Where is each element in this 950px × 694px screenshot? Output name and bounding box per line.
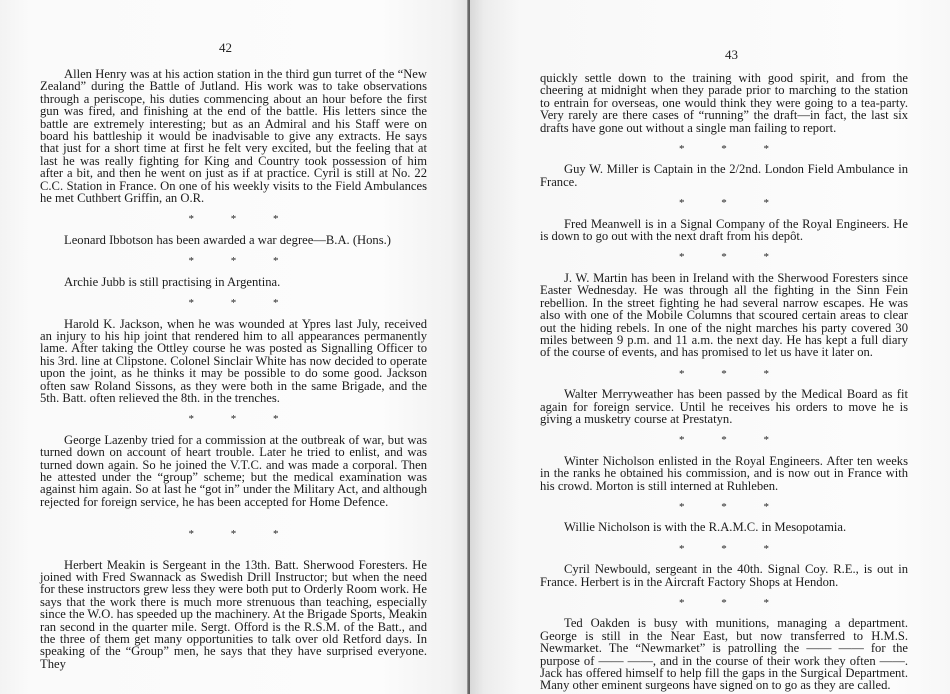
separator-stars: * * * [540, 434, 908, 446]
paragraph-harold-jackson: Harold K. Jackson, when he was wounded a… [40, 318, 427, 405]
left-page: 42 Allen Henry was at his action station… [0, 0, 470, 694]
page-number-right: 43 [725, 47, 738, 63]
separator-stars: * * * [40, 528, 427, 540]
right-page: 43 quickly settle down to the training w… [470, 0, 950, 694]
left-page-text: Allen Henry was at his action station in… [40, 68, 427, 670]
paragraph-leonard-ibbotson: Leonard Ibbotson has been awarded a war … [40, 234, 427, 246]
separator-stars: * * * [540, 368, 908, 380]
right-page-text: quickly settle down to the training with… [540, 72, 908, 692]
paragraph-walter-merryweather: Walter Merryweather has been passed by t… [540, 388, 908, 425]
page-number-left: 42 [219, 40, 232, 56]
paragraph-cyril-newbould: Cyril Newbould, sergeant in the 40th. Si… [540, 563, 908, 588]
paragraph-herbert-meakin: Herbert Meakin is Sergeant in the 13th. … [40, 559, 427, 671]
paragraph-willie-nicholson: Willie Nicholson is with the R.A.M.C. in… [540, 521, 908, 533]
separator-stars: * * * [540, 197, 908, 209]
paragraph-continued: quickly settle down to the training with… [540, 72, 908, 134]
separator-stars: * * * [540, 543, 908, 555]
paragraph-guy-miller: Guy W. Miller is Captain in the 2/2nd. L… [540, 163, 908, 188]
separator-stars: * * * [40, 255, 427, 267]
paragraph-ted-oakden: Ted Oakden is busy with munitions, manag… [540, 617, 908, 691]
separator-stars: * * * [540, 143, 908, 155]
paragraph-archie-jubb: Archie Jubb is still practising in Argen… [40, 276, 427, 288]
separator-stars: * * * [40, 297, 427, 309]
book-spread: 42 Allen Henry was at his action station… [0, 0, 950, 694]
separator-stars: * * * [540, 501, 908, 513]
separator-stars: * * * [40, 213, 427, 225]
paragraph-winter-nicholson: Winter Nicholson enlisted in the Royal E… [540, 455, 908, 492]
paragraph-george-lazenby: George Lazenby tried for a commission at… [40, 434, 427, 508]
paragraph-jw-martin: J. W. Martin has been in Ireland with th… [540, 272, 908, 359]
separator-stars: * * * [540, 251, 908, 263]
separator-stars: * * * [540, 597, 908, 609]
separator-stars: * * * [40, 413, 427, 425]
paragraph-fred-meanwell: Fred Meanwell is in a Signal Company of … [540, 218, 908, 243]
paragraph-allen-henry: Allen Henry was at his action station in… [40, 68, 427, 204]
